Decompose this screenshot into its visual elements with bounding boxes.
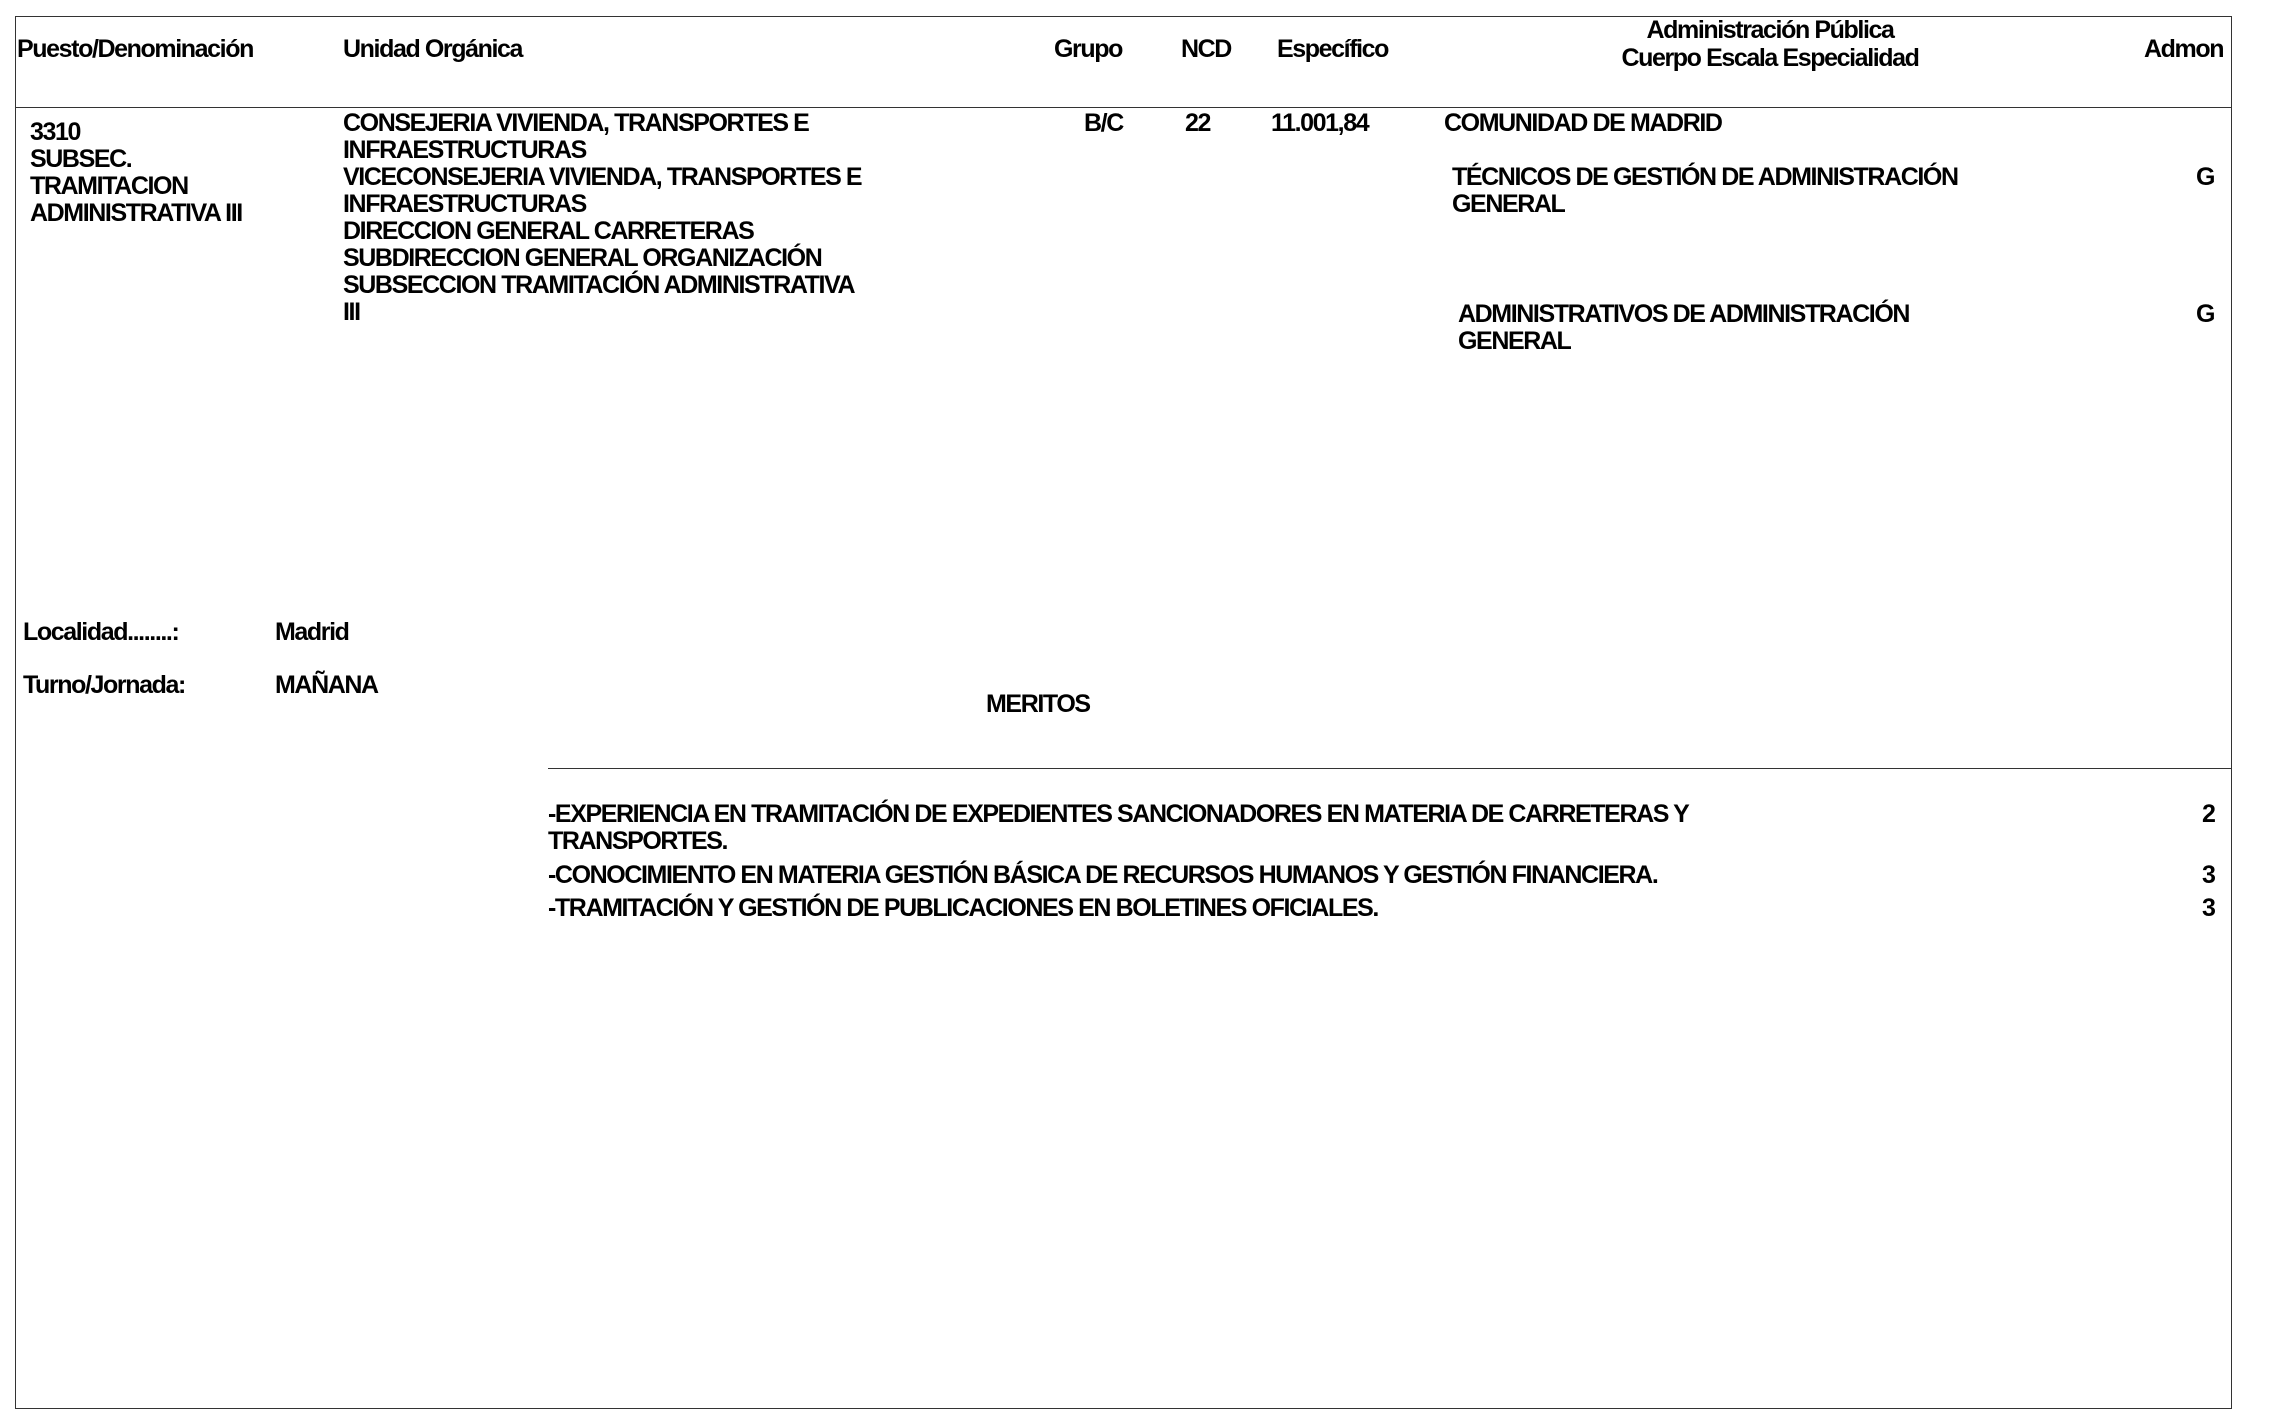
merits-divider xyxy=(548,768,2231,769)
turno-value: MAÑANA xyxy=(275,672,378,699)
unidad-line: CONSEJERIA VIVIENDA, TRANSPORTES E xyxy=(343,110,861,137)
header-divider xyxy=(15,107,2232,108)
turno-label: Turno/Jornada: xyxy=(23,672,185,699)
unidad-line: INFRAESTRUCTURAS xyxy=(343,191,861,218)
cuerpo-line: GENERAL xyxy=(1452,191,1958,218)
unidad-line: DIRECCION GENERAL CARRETERAS xyxy=(343,218,861,245)
cuerpo-2-admon: G xyxy=(2196,301,2214,328)
merit-text: -TRAMITACIÓN Y GESTIÓN DE PUBLICACIONES … xyxy=(548,895,1378,922)
unidad-line: III xyxy=(343,299,861,326)
puesto-cell: 3310 SUBSEC. TRAMITACION ADMINISTRATIVA … xyxy=(30,119,242,227)
header-admon: Admon xyxy=(2144,36,2223,63)
header-especifico: Específico xyxy=(1277,36,1388,63)
header-unidad: Unidad Orgánica xyxy=(343,36,522,63)
puesto-code: 3310 xyxy=(30,119,242,146)
unidad-line: SUBDIRECCION GENERAL ORGANIZACIÓN xyxy=(343,245,861,272)
unidad-line: VICECONSEJERIA VIVIENDA, TRANSPORTES E xyxy=(343,164,861,191)
localidad-value: Madrid xyxy=(275,619,349,646)
merit-item: -TRAMITACIÓN Y GESTIÓN DE PUBLICACIONES … xyxy=(548,895,1378,922)
header-ncd: NCD xyxy=(1181,36,1231,63)
cuerpo-line: ADMINISTRATIVOS DE ADMINISTRACIÓN xyxy=(1458,301,1909,328)
cuerpo-line: TÉCNICOS DE GESTIÓN DE ADMINISTRACIÓN xyxy=(1452,164,1958,191)
merits-title: MERITOS xyxy=(986,691,1090,718)
unidad-line: INFRAESTRUCTURAS xyxy=(343,137,861,164)
merit-text: -EXPERIENCIA EN TRAMITACIÓN DE EXPEDIENT… xyxy=(548,801,1688,828)
unidad-cell: CONSEJERIA VIVIENDA, TRANSPORTES E INFRA… xyxy=(343,110,861,326)
unidad-line: SUBSECCION TRAMITACIÓN ADMINISTRATIVA xyxy=(343,272,861,299)
cuerpo-line: GENERAL xyxy=(1458,328,1909,355)
administracion-value: COMUNIDAD DE MADRID xyxy=(1444,110,1722,137)
cuerpo-1: TÉCNICOS DE GESTIÓN DE ADMINISTRACIÓN GE… xyxy=(1452,164,1958,218)
grupo-value: B/C xyxy=(1084,110,1123,137)
header-admin-line2: Cuerpo Escala Especialidad xyxy=(1540,45,2000,72)
merit-text: TRANSPORTES. xyxy=(548,828,1688,855)
merit-points: 2 xyxy=(2202,801,2215,828)
especifico-value: 11.001,84 xyxy=(1271,110,1368,137)
localidad-label: Localidad........: xyxy=(23,619,178,646)
header-grupo: Grupo xyxy=(1054,36,1122,63)
header-puesto: Puesto/Denominación xyxy=(17,36,253,63)
merit-item: -CONOCIMIENTO EN MATERIA GESTIÓN BÁSICA … xyxy=(548,862,1657,889)
puesto-line: ADMINISTRATIVA III xyxy=(30,200,242,227)
merit-points: 3 xyxy=(2202,862,2215,889)
puesto-line: SUBSEC. xyxy=(30,146,242,173)
cuerpo-2: ADMINISTRATIVOS DE ADMINISTRACIÓN GENERA… xyxy=(1458,301,1909,355)
merit-text: -CONOCIMIENTO EN MATERIA GESTIÓN BÁSICA … xyxy=(548,862,1657,889)
puesto-line: TRAMITACION xyxy=(30,173,242,200)
merit-item: -EXPERIENCIA EN TRAMITACIÓN DE EXPEDIENT… xyxy=(548,801,1688,855)
merit-points: 3 xyxy=(2202,895,2215,922)
header-admin-line1: Administración Pública xyxy=(1540,17,2000,44)
cuerpo-1-admon: G xyxy=(2196,164,2214,191)
ncd-value: 22 xyxy=(1185,110,1210,137)
